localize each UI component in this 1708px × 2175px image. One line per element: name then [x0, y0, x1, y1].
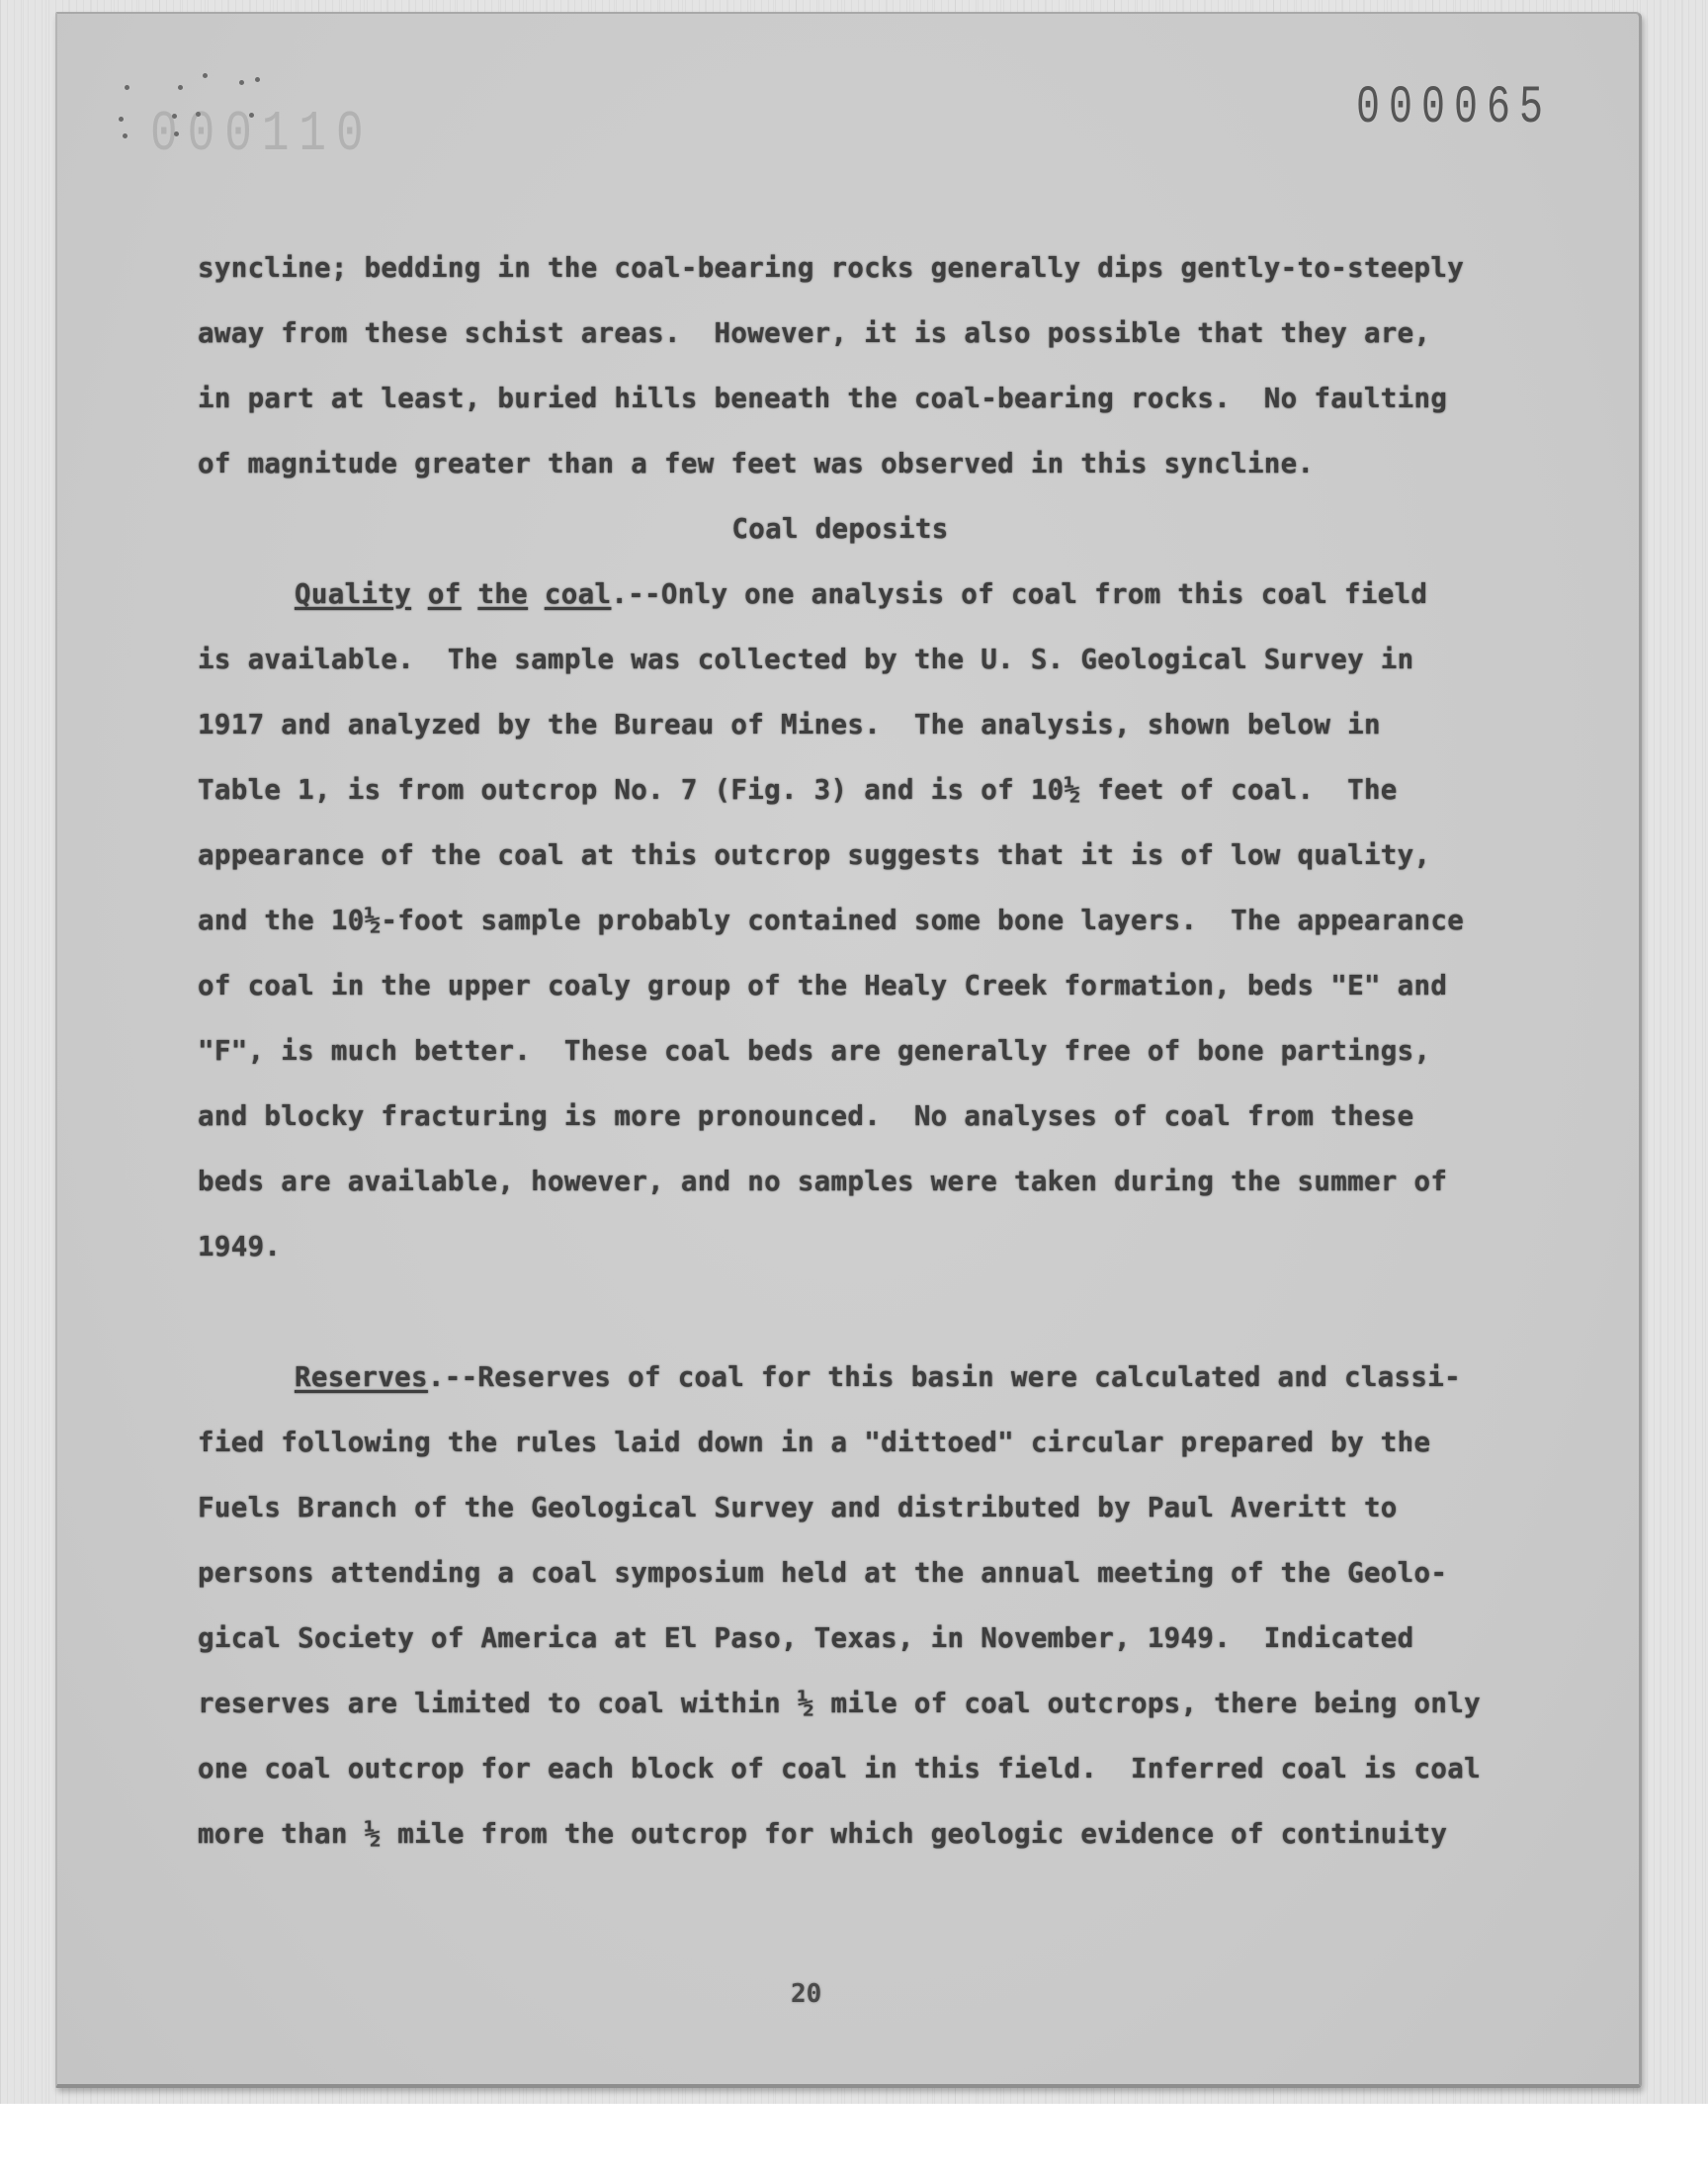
- text-line: fied following the rules laid down in a …: [198, 1410, 1483, 1475]
- paragraph-reserves: Reserves.--Reserves of coal for this bas…: [198, 1345, 1483, 1867]
- paragraph-lead-line: Reserves.--Reserves of coal for this bas…: [198, 1345, 1483, 1410]
- text-line: appearance of the coal at this outcrop s…: [198, 823, 1483, 888]
- text-line: in part at least, buried hills beneath t…: [198, 366, 1483, 431]
- text-line: "F", is much better. These coal beds are…: [198, 1018, 1483, 1084]
- text-line: more than ½ mile from the outcrop for wh…: [198, 1801, 1483, 1867]
- run-in-heading-word: coal: [545, 578, 611, 610]
- scan-speck: [203, 73, 208, 78]
- lead-line-text: .--Only one analysis of coal from this c…: [611, 578, 1427, 610]
- scan-speck: [239, 80, 244, 85]
- paragraph-spacer: [198, 1279, 1483, 1345]
- run-in-heading-word: Quality: [295, 578, 411, 610]
- scan-speck: [255, 77, 260, 82]
- page-id-stamp: 000065: [1356, 79, 1552, 139]
- scan-speck: [125, 85, 129, 90]
- run-in-heading-word: of: [428, 578, 462, 610]
- paragraph-syncline: syncline; bedding in the coal-bearing ro…: [198, 235, 1483, 496]
- text-line: 1917 and analyzed by the Bureau of Mines…: [198, 692, 1483, 757]
- text-line: Fuels Branch of the Geological Survey an…: [198, 1475, 1483, 1540]
- text-line: gical Society of America at El Paso, Tex…: [198, 1606, 1483, 1671]
- text-line: one coal outcrop for each block of coal …: [198, 1736, 1483, 1801]
- document-body: syncline; bedding in the coal-bearing ro…: [198, 235, 1483, 1867]
- text-line: 1949.: [198, 1214, 1483, 1279]
- text-line: and the 10½-foot sample probably contain…: [198, 888, 1483, 953]
- paragraph-quality-of-coal: Quality of the coal.--Only one analysis …: [198, 562, 1483, 1279]
- text-line: Table 1, is from outcrop No. 7 (Fig. 3) …: [198, 757, 1483, 823]
- text-line: and blocky fracturing is more pronounced…: [198, 1084, 1483, 1149]
- section-heading: Coal deposits: [198, 496, 1483, 562]
- text-line: of coal in the upper coaly group of the …: [198, 953, 1483, 1018]
- page-number: 20: [791, 1979, 821, 2009]
- scan-speck: [123, 133, 128, 138]
- text-line: reserves are limited to coal within ½ mi…: [198, 1671, 1483, 1736]
- text-line: of magnitude greater than a few feet was…: [198, 431, 1483, 496]
- text-line: is available. The sample was collected b…: [198, 627, 1483, 692]
- lead-line-text: .--Reserves of coal for this basin were …: [428, 1361, 1461, 1393]
- bleed-through-number: 000110: [150, 103, 374, 167]
- paragraph-lead-line: Quality of the coal.--Only one analysis …: [198, 562, 1483, 627]
- text-line: syncline; bedding in the coal-bearing ro…: [198, 235, 1483, 301]
- text-line: beds are available, however, and no samp…: [198, 1149, 1483, 1214]
- run-in-heading-word: the: [477, 578, 528, 610]
- text-line: persons attending a coal symposium held …: [198, 1540, 1483, 1606]
- scan-speck: [178, 85, 183, 90]
- text-line: away from these schist areas. However, i…: [198, 301, 1483, 366]
- run-in-heading: Reserves: [295, 1361, 428, 1393]
- scan-speck: [119, 117, 124, 122]
